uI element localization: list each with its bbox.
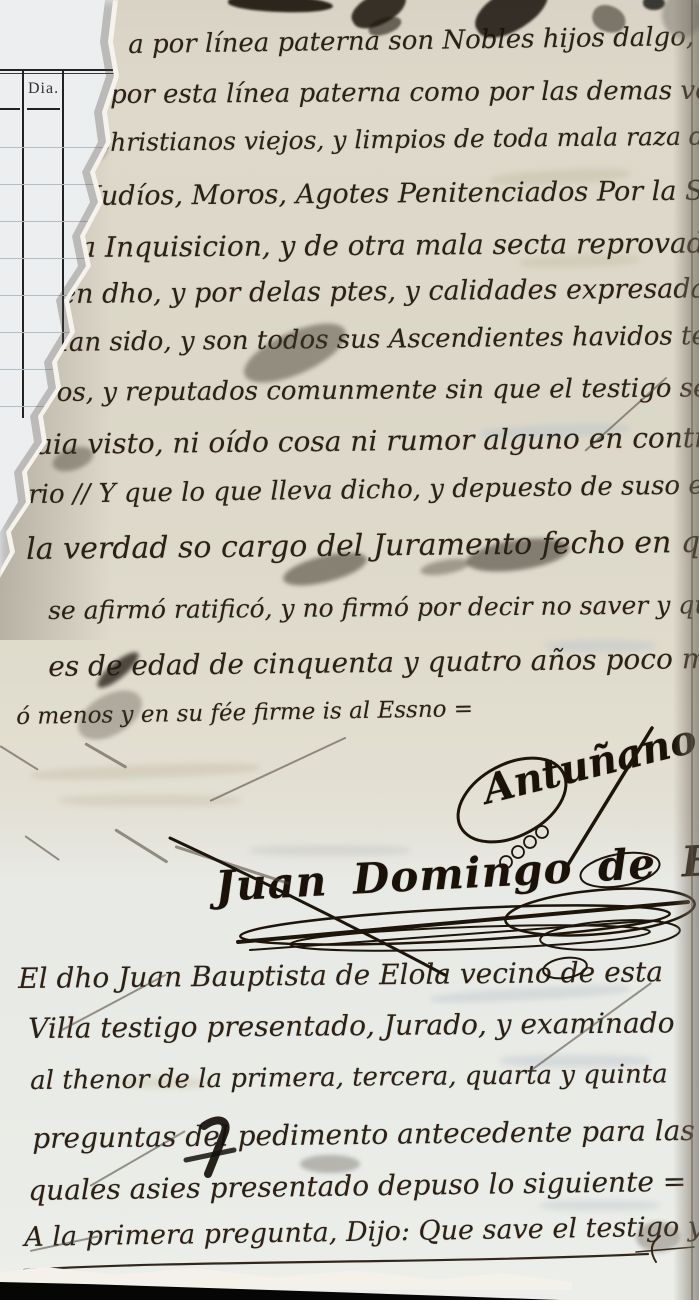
- ledger-top-rule-2: [0, 73, 119, 74]
- manuscript-line: El dho Juan Bauptista de Elola vecino de…: [18, 955, 663, 995]
- ledger-column-header-dia: Dia.: [28, 80, 59, 98]
- bleedthrough-mark: [30, 761, 260, 782]
- manuscript-line: en dho, y por delas ptes, y calidades ex…: [60, 273, 699, 310]
- manuscript-line: ó menos y en su fée firme is al Essno =: [16, 696, 473, 730]
- manuscript-line: aia visto, ni oído cosa ni rumor alguno …: [36, 421, 699, 461]
- signature-flourish: [238, 902, 688, 942]
- scratch-stroke: [114, 828, 168, 863]
- ledger-top-rule: [0, 69, 119, 71]
- ledger-vertical-rule-1: [22, 70, 24, 418]
- binding-fold-line: [691, 0, 693, 1300]
- manuscript-line: A la primera pregunta, Dijo: Que save el…: [24, 1211, 699, 1253]
- bleedthrough-mark: [540, 1200, 660, 1211]
- manuscript-line: dos, y reputados comunmente sin que el t…: [40, 373, 699, 408]
- ink-blot: [228, 0, 333, 14]
- manuscript-line: Judíos, Moros, Agotes Penitenciados Por …: [90, 175, 699, 212]
- signature-flourish: [290, 921, 651, 956]
- scratch-stroke: [84, 742, 127, 769]
- signature-antunano: Antuñano: [478, 715, 699, 813]
- manuscript-line: se afirmó ratificó, y no firmó por decir…: [48, 590, 699, 625]
- bleedthrough-mark: [60, 795, 240, 806]
- manuscript-line: han sido, y son todos sus Ascendientes h…: [52, 321, 699, 358]
- signature-flourish: [539, 916, 681, 954]
- manuscript-line: Villa testigo presentado, Jurado, y exam…: [28, 1006, 675, 1045]
- manuscript-scan: Dia. a por línea paterna son Nobles hijo…: [0, 0, 699, 1300]
- manuscript-page: a por línea paterna son Nobles hijos dal…: [0, 0, 699, 1300]
- manuscript-line: preguntas del pedimento antecedente para…: [32, 1114, 695, 1155]
- signature-juan-domingo-de-elola: Juan Domingo de Elola: [214, 831, 699, 911]
- manuscript-line: a por línea paterna son Nobles hijos dal…: [128, 22, 699, 60]
- scratch-stroke: [24, 835, 60, 861]
- signature-flourish: [250, 920, 660, 950]
- ledger-header-underline: [27, 108, 60, 110]
- closing-underline: [24, 1254, 648, 1270]
- ink-blot: [643, 0, 665, 10]
- binding-gutter-shadow: [673, 0, 699, 1300]
- scratch-stroke: [210, 737, 347, 802]
- scratch-stroke: [0, 745, 39, 771]
- signature-flourish: [536, 826, 548, 838]
- manuscript-line: es de edad de cinquenta y quatro años po…: [48, 642, 699, 683]
- manuscript-line: quales asies presentado depuso lo siguie…: [28, 1165, 687, 1207]
- manuscript-line: ta Inquisicion, y de otra mala secta rep…: [68, 226, 699, 264]
- ledger-header-underline-left: [0, 108, 20, 110]
- manuscript-line: al thenor de la primera, tercera, quarta…: [30, 1059, 668, 1096]
- manuscript-line: por esta línea paterna como por las dema…: [110, 76, 699, 110]
- manuscript-line: la verdad so cargo del Juramento fecho e…: [26, 525, 699, 567]
- manuscript-line: christianos viejos, y limpios de toda ma…: [96, 121, 699, 157]
